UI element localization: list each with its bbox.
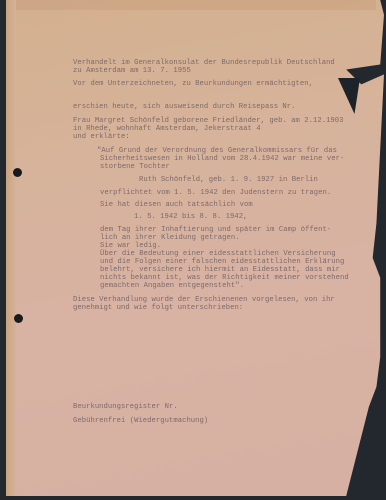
punch-hole-bottom — [14, 314, 23, 323]
oath-line-3: belehrt, versichere ich hiermit an Eides… — [100, 266, 340, 274]
register-line: Beurkundungsregister Nr. — [73, 403, 178, 411]
appeared-line: erschien heute, sich ausweisend durch Re… — [73, 103, 296, 111]
oath-line-2: und die Folgen einer falschen eidesstatt… — [100, 258, 344, 266]
paper-fold-left — [6, 0, 16, 496]
person-line-3: und erklärte: — [73, 133, 130, 141]
dates-line: 1. 5. 1942 bis 8. 8. 1942, — [134, 213, 247, 221]
authority-line: Vor dem Unterzeichneten, zu Beurkundunge… — [73, 80, 313, 88]
fee-line: Gebührenfrei (Wiedergutmachung) — [73, 417, 208, 425]
statement-line-2: Sicherheitswesen in Holland vom 28.4.194… — [100, 155, 344, 163]
obligation-line: verpflichtet vom 1. 5. 1942 den Judenste… — [100, 189, 331, 197]
statement-line-1: "Auf Grund der Verordnung des Generalkom… — [97, 147, 337, 155]
statement-line-3: storbene Tochter — [100, 163, 170, 171]
deportation-line-1: dem Tag ihrer Inhaftierung und später im… — [100, 226, 331, 234]
header-line-1: Verhandelt im Generalkonsulat der Bundes… — [73, 59, 335, 67]
person-line-2: in Rhede, wohnhaft Amsterdam, Jekerstraa… — [73, 125, 261, 133]
person-line-1: Frau Margret Schönfeld geborene Friedlän… — [73, 117, 344, 125]
punch-hole-top — [13, 168, 22, 177]
header-line-2: zu Amsterdam am 13. 7. 1955 — [73, 67, 191, 75]
closing-line-2: genehmigt und wie folgt unterschrieben: — [73, 304, 243, 312]
closing-line-1: Diese Verhandlung wurde der Erschienenen… — [73, 296, 335, 304]
worn-line: Sie hat diesen auch tatsächlich vom — [100, 201, 253, 209]
oath-line-4: nichts bekannt ist, was der Richtigkeit … — [100, 274, 349, 282]
status-line: Sie war ledig. — [100, 242, 161, 250]
deportation-line-2: lich an ihrer Kleidung getragen. — [100, 234, 240, 242]
daughter-line: Ruth Schönfeld, geb. 1. 9. 1927 in Berli… — [139, 176, 318, 184]
oath-line-5: gemachten Angaben entgegensteht". — [100, 282, 244, 290]
oath-line-1: Über die Bedeutung einer eidesstattliche… — [100, 250, 336, 258]
paper-fold-top — [6, 0, 376, 10]
